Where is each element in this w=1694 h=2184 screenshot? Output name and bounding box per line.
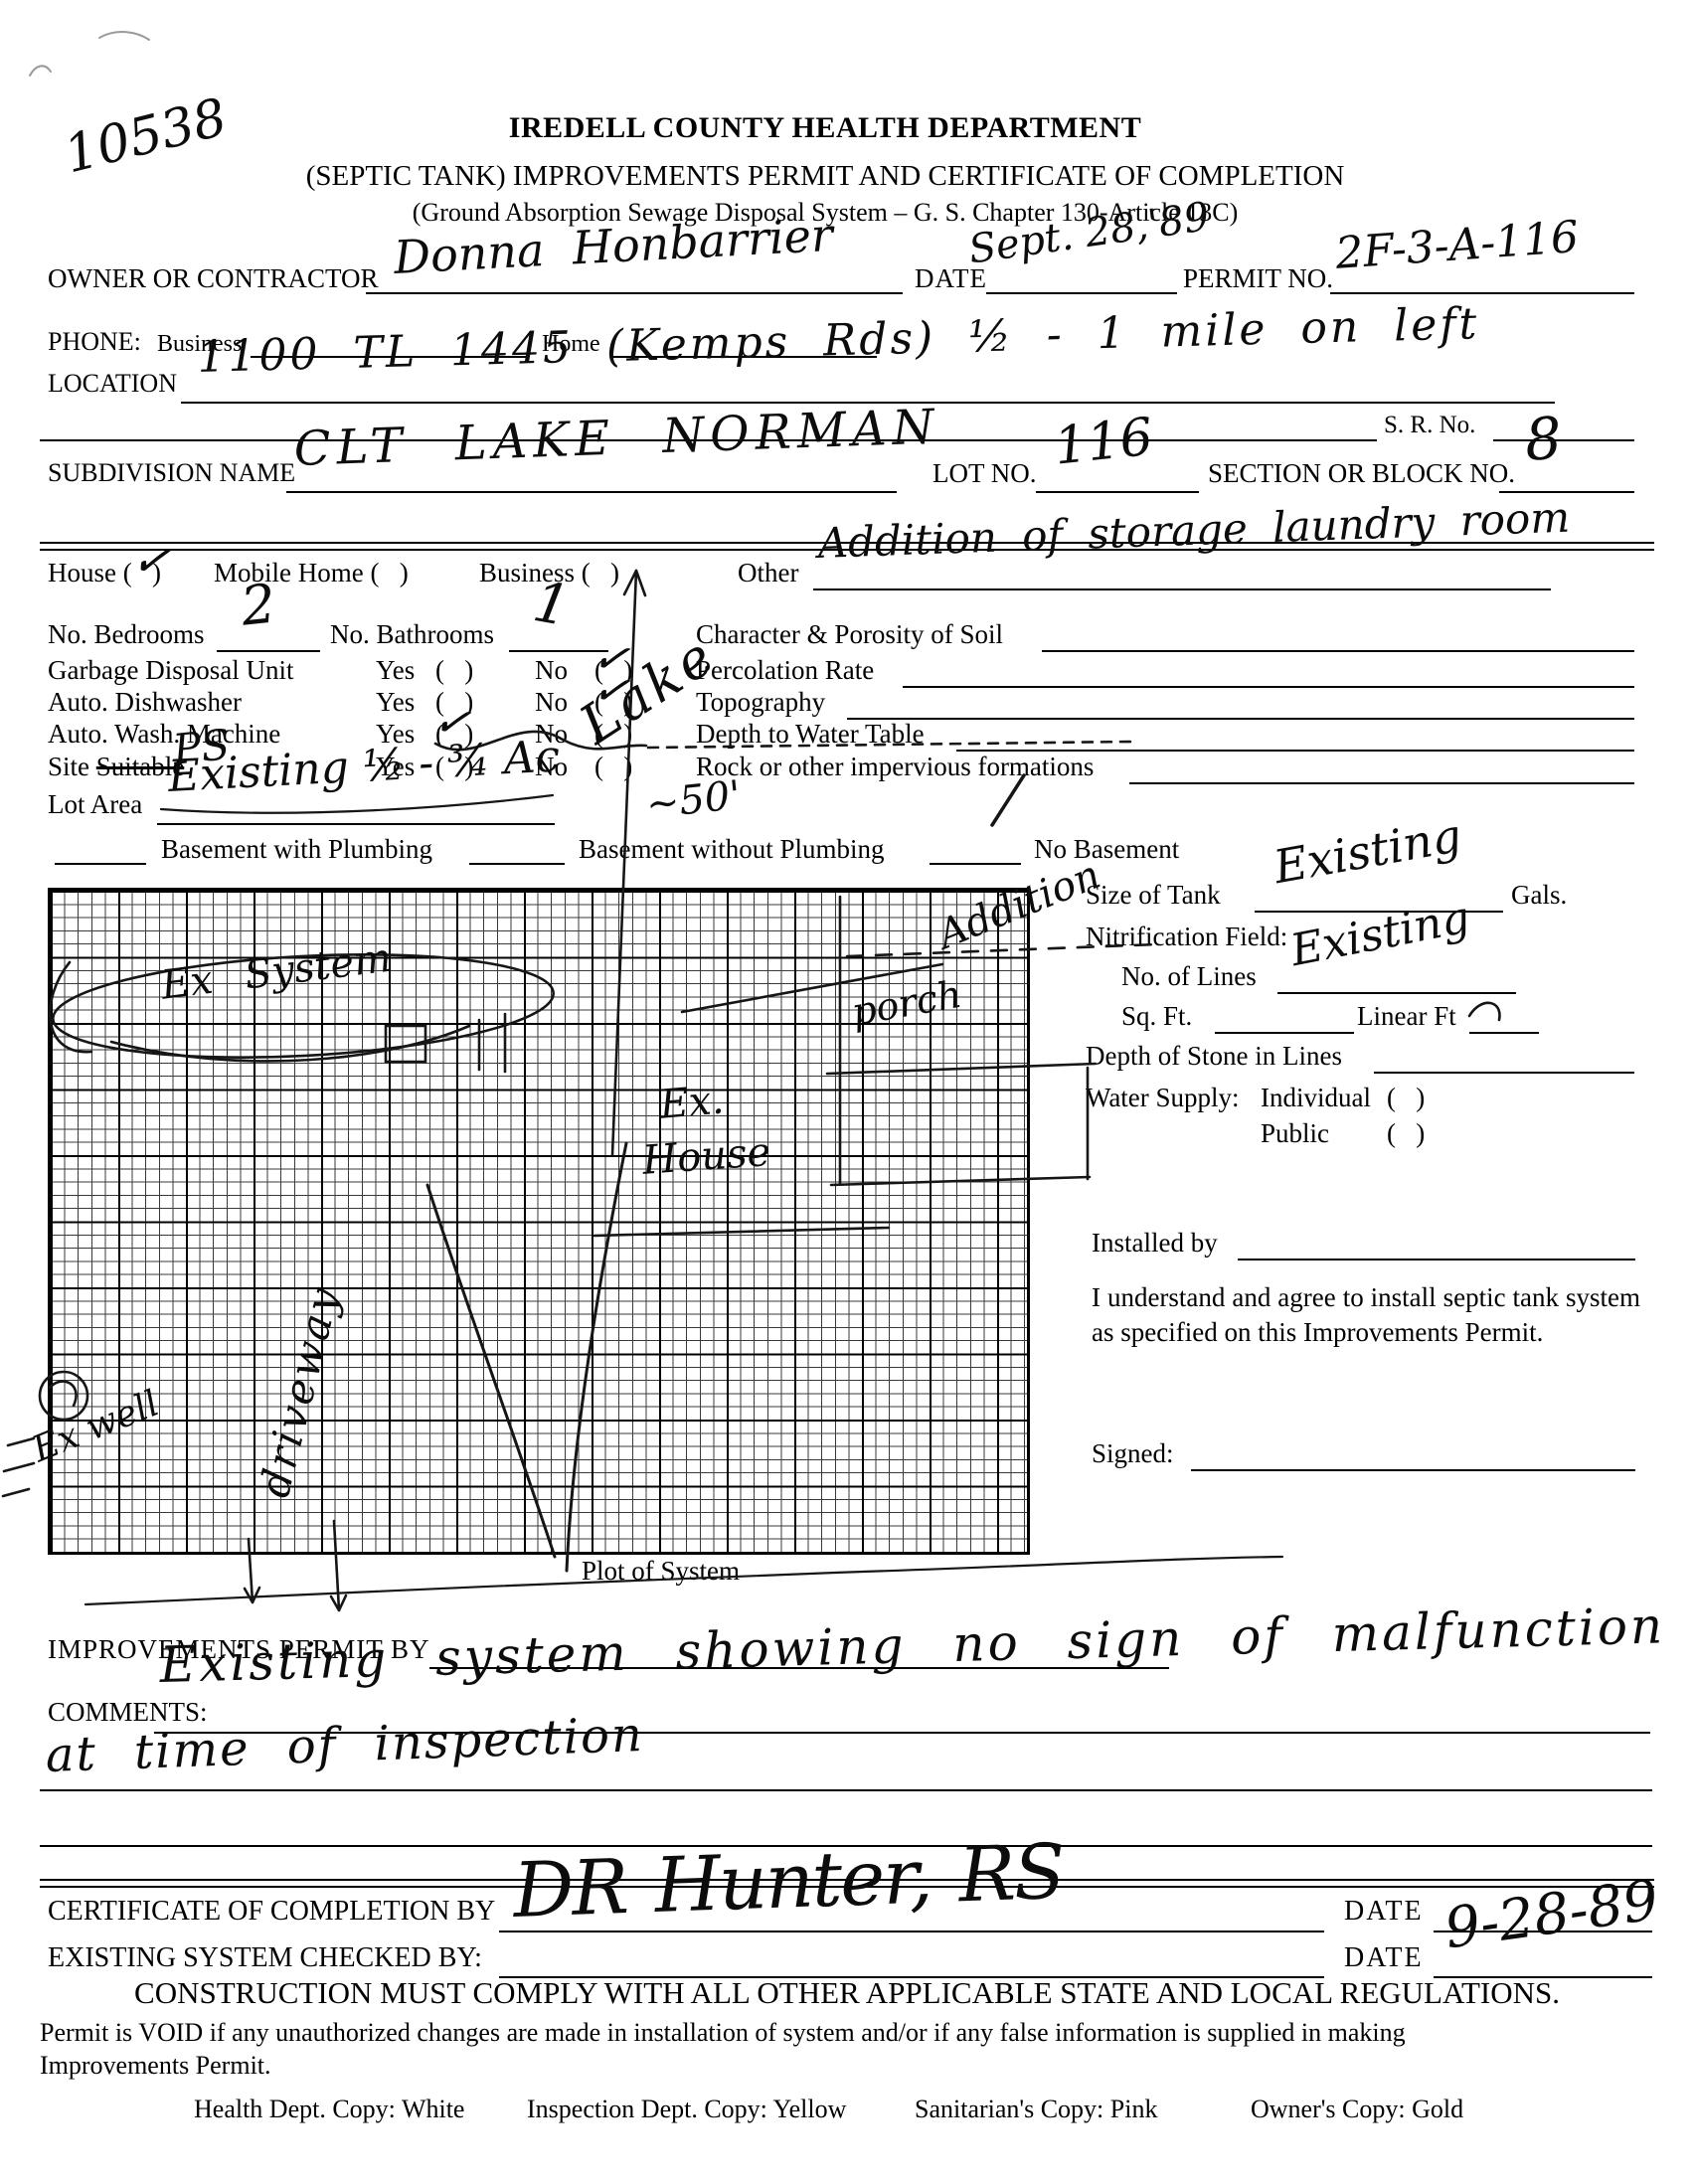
checked-date-label: DATE <box>1344 1943 1424 1974</box>
basement-with-label: Basement with Plumbing <box>161 835 432 865</box>
other-line <box>813 588 1551 590</box>
size-of-tank-value-handwritten: Existing <box>1270 812 1464 890</box>
comments-rule-2 <box>40 1789 1652 1791</box>
water-supply-label: Water Supply: <box>1086 1084 1240 1113</box>
form-title: (SEPTIC TANK) IMPROVEMENTS PERMIT AND CE… <box>149 161 1501 193</box>
installed-by-line <box>1238 1259 1635 1260</box>
lot-no-value-handwritten: 116 <box>1052 412 1155 473</box>
linear-ft-label: Linear Ft <box>1357 1002 1456 1032</box>
garbage-disposal-label: Garbage Disposal Unit <box>48 656 293 686</box>
copy-owner: Owner's Copy: Gold <box>1251 2096 1463 2124</box>
dishwasher-yes-label: Yes <box>376 688 415 718</box>
depth-of-stone-label: Depth of Stone in Lines <box>1086 1042 1342 1072</box>
existing-checked-label: EXISTING SYSTEM CHECKED BY: <box>48 1943 482 1974</box>
subdivision-value-handwritten: CLT LAKE NORMAN <box>293 403 940 473</box>
lot-no-label: LOT NO. <box>932 459 1037 489</box>
copy-inspection-dept: Inspection Dept. Copy: Yellow <box>527 2096 846 2124</box>
other-label: Other <box>738 559 798 588</box>
rock-formations-line <box>1129 782 1634 784</box>
no-of-lines-value-handwritten: Existing <box>1287 896 1473 973</box>
ex-house-annotation-ex: Ex. <box>658 1080 726 1124</box>
agreement-text: I understand and agree to install septic… <box>1092 1280 1640 1349</box>
water-table-label: Depth to Water Table <box>696 720 925 750</box>
business-type-paren: ( ) <box>582 558 619 588</box>
phone-label: PHONE: <box>48 328 141 357</box>
location-value-handwritten: 1100 TL 1445 (Kemps Rds) ½ - 1 mile on l… <box>197 302 1480 380</box>
dishwasher-label: Auto. Dishwasher <box>48 688 242 718</box>
copy-health-dept: Health Dept. Copy: White <box>194 2096 464 2124</box>
house-label-text: House <box>48 558 116 588</box>
copy-sanitarian: Sanitarian's Copy: Pink <box>915 2096 1157 2124</box>
other-value-handwritten: Addition of storage laundry room <box>817 497 1571 565</box>
individual-label: Individual <box>1261 1084 1371 1113</box>
location-label: LOCATION <box>48 370 177 399</box>
sq-ft-label: Sq. Ft. <box>1121 1002 1192 1032</box>
mobile-home-paren: ( ) <box>370 558 408 588</box>
public-label: Public <box>1261 1119 1329 1149</box>
mobile-home-label-text: Mobile Home <box>214 558 364 588</box>
garbage-yes-label: Yes <box>376 656 415 686</box>
linear-ft-line <box>1469 1032 1539 1034</box>
lot-area-line <box>157 823 555 825</box>
sr-no-label: S. R. No. <box>1384 412 1475 439</box>
garbage-yes-paren: ( ) <box>435 656 473 686</box>
signed-label: Signed: <box>1092 1439 1174 1469</box>
site-label-text: Site <box>48 752 89 781</box>
no-basement-line <box>930 863 1021 865</box>
no-of-lines-line <box>1277 992 1516 994</box>
basement-without-label: Basement without Plumbing <box>579 835 885 865</box>
individual-paren: ( ) <box>1387 1084 1425 1113</box>
certificate-date-label: DATE <box>1344 1897 1424 1928</box>
permit-no-label: PERMIT NO. <box>1183 264 1333 294</box>
site-suitable-label: Site Suitable <box>48 753 184 782</box>
soil-character-label: Character & Porosity of Soil <box>696 620 1003 650</box>
certificate-completion-line <box>499 1931 1324 1932</box>
no-of-lines-label: No. of Lines <box>1121 962 1257 992</box>
site-no-paren: ( ) <box>594 753 632 782</box>
sq-ft-line <box>1215 1032 1354 1034</box>
owner-line <box>366 292 903 294</box>
depth-of-stone-line <box>1374 1072 1634 1074</box>
bedrooms-value-handwritten: 2 <box>239 577 278 633</box>
signed-line <box>1191 1469 1635 1471</box>
plot-caption: Plot of System <box>582 1557 740 1587</box>
owner-label: OWNER OR CONTRACTOR <box>48 264 379 294</box>
subdivision-line <box>286 491 897 493</box>
topography-line <box>847 718 1634 720</box>
lot-no-line <box>1036 491 1199 493</box>
section-block-value-handwritten: 8 <box>1523 409 1564 468</box>
bedrooms-label: No. Bedrooms <box>48 620 205 650</box>
dishwasher-no-label: No <box>535 688 568 718</box>
well-dashes <box>3 1438 34 1496</box>
linear-ft-curl <box>1469 1003 1499 1020</box>
percolation-line <box>903 686 1634 688</box>
wash-machine-label: Auto. Wash. Machine <box>48 720 280 750</box>
basement-with-line <box>55 863 146 865</box>
lot-area-label: Lot Area <box>48 790 142 820</box>
house-checkmark: ✓ <box>129 535 174 586</box>
certificate-completion-label: CERTIFICATE OF COMPLETION BY <box>48 1897 495 1928</box>
bedrooms-line <box>217 650 320 652</box>
nitrification-field-label: Nitrification Field: <box>1086 923 1287 952</box>
permit-no-line <box>1330 292 1634 294</box>
void-statement: Permit is VOID if any unauthorized chang… <box>40 2016 1516 2083</box>
topography-label: Topography <box>696 688 825 718</box>
no-basement-check-stroke <box>992 775 1024 825</box>
size-of-tank-label: Size of Tank <box>1086 881 1221 911</box>
sr-no-line <box>1493 439 1634 441</box>
public-paren: ( ) <box>1387 1119 1425 1149</box>
basement-without-line <box>469 863 565 865</box>
department-title: IREDELL COUNTY HEALTH DEPARTMENT <box>149 111 1501 144</box>
section-block-label: SECTION OR BLOCK NO. <box>1208 459 1515 489</box>
subdivision-label: SUBDIVISION NAME <box>48 459 295 488</box>
gals-label: Gals. <box>1511 881 1567 911</box>
distance-annotation-handwritten: ~50' <box>644 775 743 825</box>
installed-by-label: Installed by <box>1092 1229 1218 1259</box>
distance-arrow-head <box>624 571 645 595</box>
date-line <box>986 292 1177 294</box>
no-basement-label: No Basement <box>1034 835 1179 865</box>
bathrooms-label: No. Bathrooms <box>330 620 494 650</box>
comments-line1-handwritten: Existing system showing no sign of malfu… <box>159 1600 1666 1690</box>
inspector-signature-handwritten: DR Hunter, RS <box>512 1834 1065 1929</box>
scanned-permit-form: 10538 IREDELL COUNTY HEALTH DEPARTMENT (… <box>0 0 1694 2184</box>
garbage-no-label: No <box>535 656 568 686</box>
soil-character-line <box>1042 650 1634 652</box>
compliance-statement: CONSTRUCTION MUST COMPLY WITH ALL OTHER … <box>40 1976 1654 2010</box>
faint-pencil-marks <box>30 32 149 76</box>
ex-house-annotation-house: House <box>641 1132 771 1181</box>
rock-formations-label: Rock or other impervious formations <box>696 753 1094 782</box>
